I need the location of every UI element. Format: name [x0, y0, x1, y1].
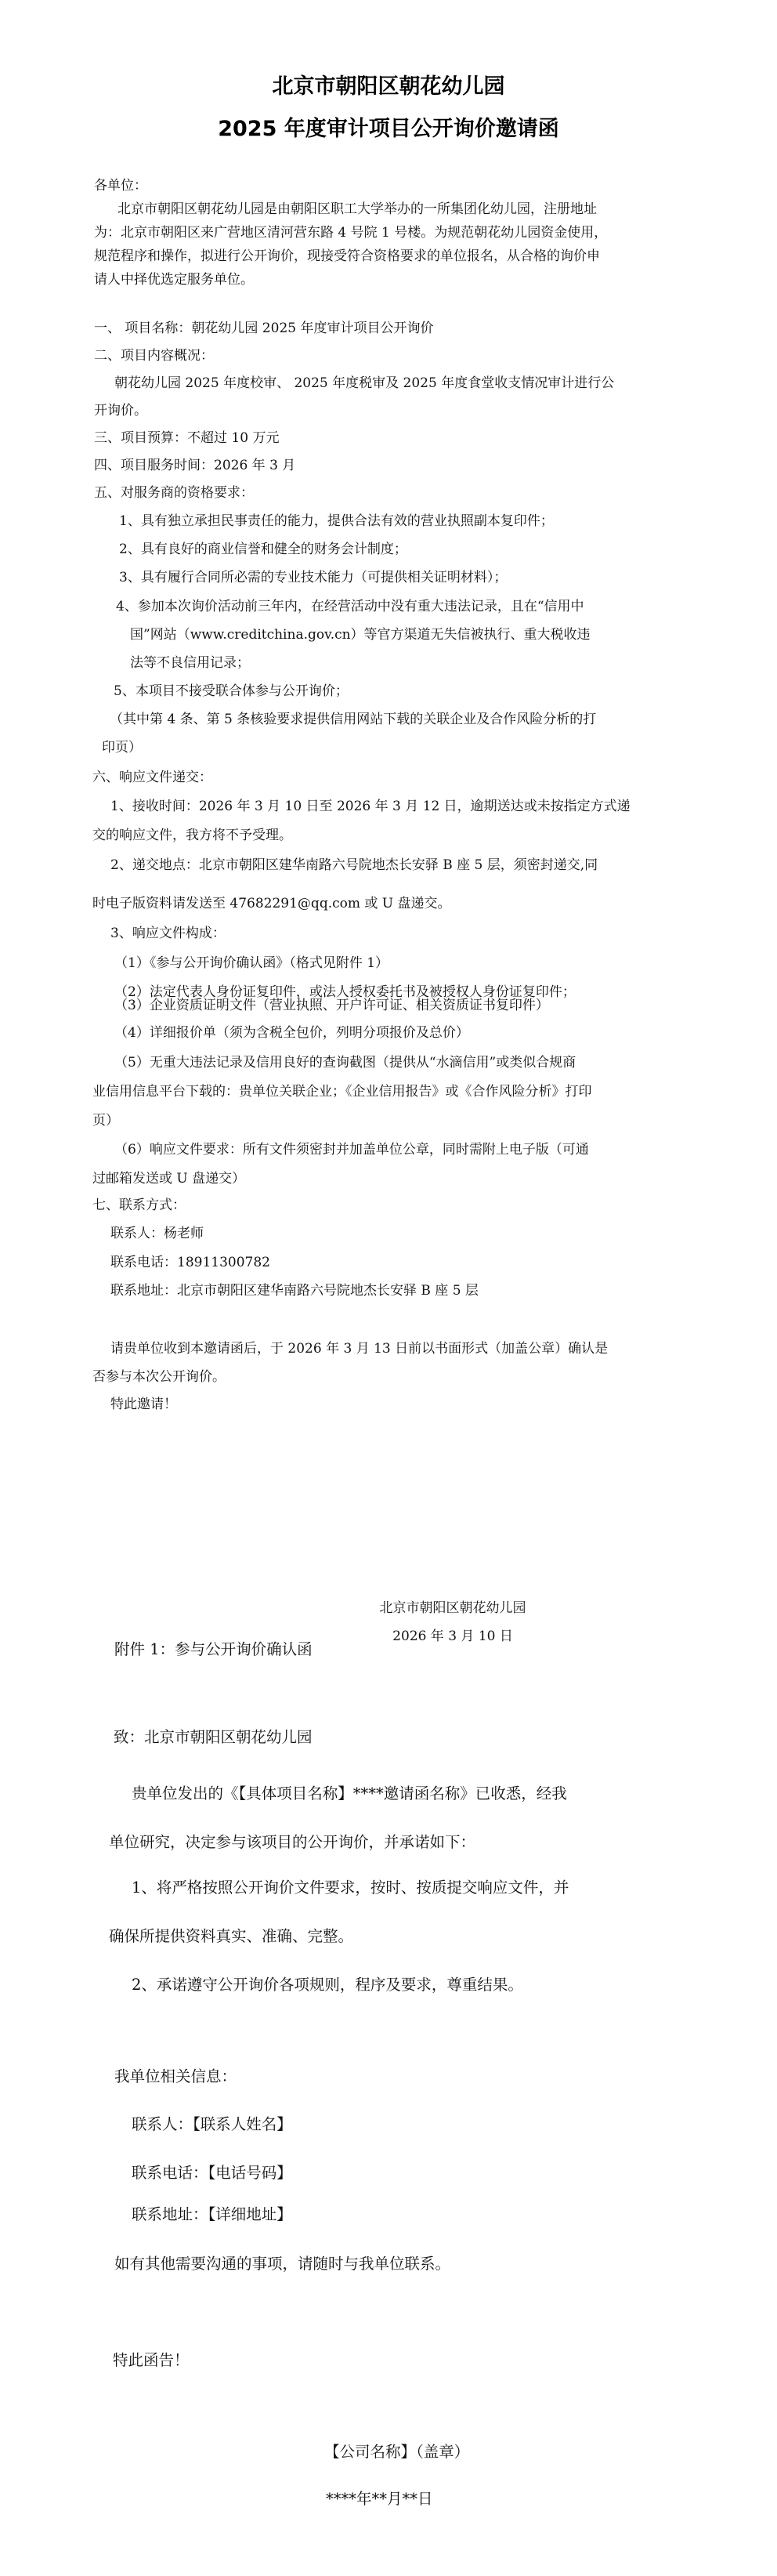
closing-line: 请贵单位收到本邀请函后，于 2026 年 3 月 13 日前以书面形式（加盖公章… — [110, 1340, 608, 1357]
closing-line: 否参与本次公开询价。 — [92, 1368, 226, 1386]
section-3: 三、项目预算：不超过 10 万元 — [94, 429, 279, 447]
submission-item: 1、接收时间：2026 年 3 月 10 日至 2026 年 3 月 12 日，… — [110, 798, 631, 815]
response-doc-item: （6）响应文件要求：所有文件须密封并加盖单位公章，同时需附上电子版（可通 — [114, 1141, 589, 1158]
response-doc-item: （1）《参与公开询价确认函》（格式见附件 1） — [114, 955, 388, 972]
submission-item: 2、递交地点：北京市朝阳区建华南路六号院地杰长安驿 B 座 5 层，须密封递交,… — [110, 857, 598, 874]
qualification-note: （其中第 4 条、第 5 条核验要求提供信用网站下载的关联企业及合作风险分析的打 — [110, 711, 596, 728]
response-doc-item-cont: 业信用信息平台下载的：贵单位关联企业；《企业信用报告》或《合作风险分析》打印 — [92, 1083, 592, 1100]
attachment-to: 致：北京市朝阳区朝花幼儿园 — [114, 1727, 313, 1748]
section-2: 二、项目内容概况： — [94, 347, 214, 364]
closing-invite: 特此邀请！ — [110, 1396, 177, 1413]
response-doc-item: （3）企业资质证明文件（营业执照、开户许可证、相关资质证书复印件） — [114, 997, 549, 1014]
section-2-body: 开询价。 — [94, 402, 147, 419]
info-person: 联系人：【联系人姓名】 — [132, 2114, 292, 2135]
intro-line: 北京市朝阳区朝花幼儿园是由朝阳区职工大学举办的一所集团化幼儿园，注册地址 — [117, 201, 597, 218]
submission-item: 3、响应文件构成： — [110, 925, 226, 942]
attachment-body-line: 2、承诺遵守公开询价各项规则，程序及要求，尊重结果。 — [132, 1975, 523, 1995]
attachment-body-line: 1、将严格按照公开询价文件要求，按时、按质提交响应文件，并 — [132, 1878, 569, 1898]
section-7: 七、联系方式： — [92, 1197, 186, 1214]
section-6: 六、响应文件递交： — [92, 769, 212, 786]
section-2-body: 朝花幼儿园 2025 年度校审、 2025 年度税审及 2025 年度食堂收支情… — [114, 375, 614, 392]
info-address: 联系地址：【详细地址】 — [132, 2205, 292, 2225]
qualification-item: 2、具有良好的商业信誉和健全的财务会计制度； — [119, 541, 407, 558]
salutation: 各单位： — [94, 177, 147, 194]
contact-person: 联系人：杨老师 — [110, 1225, 204, 1242]
section-5: 五、对服务商的资格要求： — [94, 484, 254, 502]
company-seal: 【公司名称】（盖章） — [324, 2442, 469, 2462]
qualification-item-cont: 法等不良信用记录； — [130, 654, 250, 672]
section-1: 一、 项目名称：朝花幼儿园 2025 年度审计项目公开询价 — [94, 320, 433, 337]
contact-address: 联系地址：北京市朝阳区建华南路六号院地杰长安驿 B 座 5 层 — [110, 1282, 479, 1299]
info-phone: 联系电话：【电话号码】 — [132, 2163, 292, 2183]
intro-line: 为：北京市朝阳区来广营地区清河营东路 4 号院 1 号楼。为规范朝花幼儿园资金使… — [94, 224, 607, 241]
qualification-item: 3、具有履行合同所必需的专业技术能力（可提供相关证明材料）； — [119, 569, 507, 586]
submission-item-cont: 时电子版资料请发送至 47682291@qq.com 或 U 盘递交。 — [92, 895, 451, 912]
response-doc-item: （5）无重大违法记录及信用良好的查询截图（提供从“水滴信用”或类似合规商 — [114, 1054, 576, 1071]
response-doc-item: （4）详细报价单（须为含税全包价，列明分项报价及总价） — [114, 1024, 469, 1042]
attachment-date: ****年**月**日 — [326, 2489, 433, 2509]
title-line2: 2025 年度审计项目公开询价邀请函 — [0, 111, 777, 142]
response-doc-item-cont: 过邮箱发送或 U 盘递交） — [92, 1170, 245, 1187]
qualification-note-cont: 印页） — [102, 739, 142, 756]
attachment-body-line: 单位研究，决定参与该项目的公开询价，并承诺如下： — [109, 1832, 475, 1853]
qualification-item: 4、参加本次询价活动前三年内，在经营活动中没有重大违法记录，且在“信用中 — [116, 598, 584, 615]
signature-date: 2026 年 3 月 10 日 — [304, 1628, 602, 1645]
qualification-item: 1、具有独立承担民事责任的能力，提供合法有效的营业执照副本复印件； — [119, 513, 554, 530]
attachment-note: 如有其他需要沟通的事项，请随时与我单位联系。 — [114, 2254, 450, 2274]
attachment-heading: 附件 1：参与公开询价确认函 — [114, 1639, 313, 1660]
section-4: 四、项目服务时间：2026 年 3 月 — [94, 457, 295, 474]
signature-org: 北京市朝阳区朝花幼儿园 — [304, 1600, 602, 1617]
title-line1: 北京市朝阳区朝花幼儿园 — [0, 69, 777, 100]
intro-line: 请人中择优选定服务单位。 — [94, 271, 254, 288]
qualification-item-cont: 国”网站（www.creditchina.gov.cn）等官方渠道无失信被执行、… — [130, 626, 591, 643]
attachment-closing: 特此函告！ — [113, 2350, 190, 2371]
attachment-body-line: 贵单位发出的《【具体项目名称】****邀请函名称》已收悉，经我 — [132, 1784, 567, 1804]
attachment-body-line: 确保所提供资料真实、准确、完整。 — [109, 1926, 353, 1947]
contact-phone: 联系电话：18911300782 — [110, 1254, 270, 1271]
submission-item-cont: 交的响应文件，我方将不予受理。 — [92, 827, 292, 844]
info-heading: 我单位相关信息： — [114, 2067, 237, 2087]
qualification-item: 5、本项目不接受联合体参与公开询价； — [114, 683, 349, 700]
intro-line: 规范程序和操作，拟进行公开询价，现接受符合资格要求的单位报名，从合格的询价申 — [94, 248, 600, 265]
response-doc-item-cont: 页） — [92, 1112, 119, 1129]
